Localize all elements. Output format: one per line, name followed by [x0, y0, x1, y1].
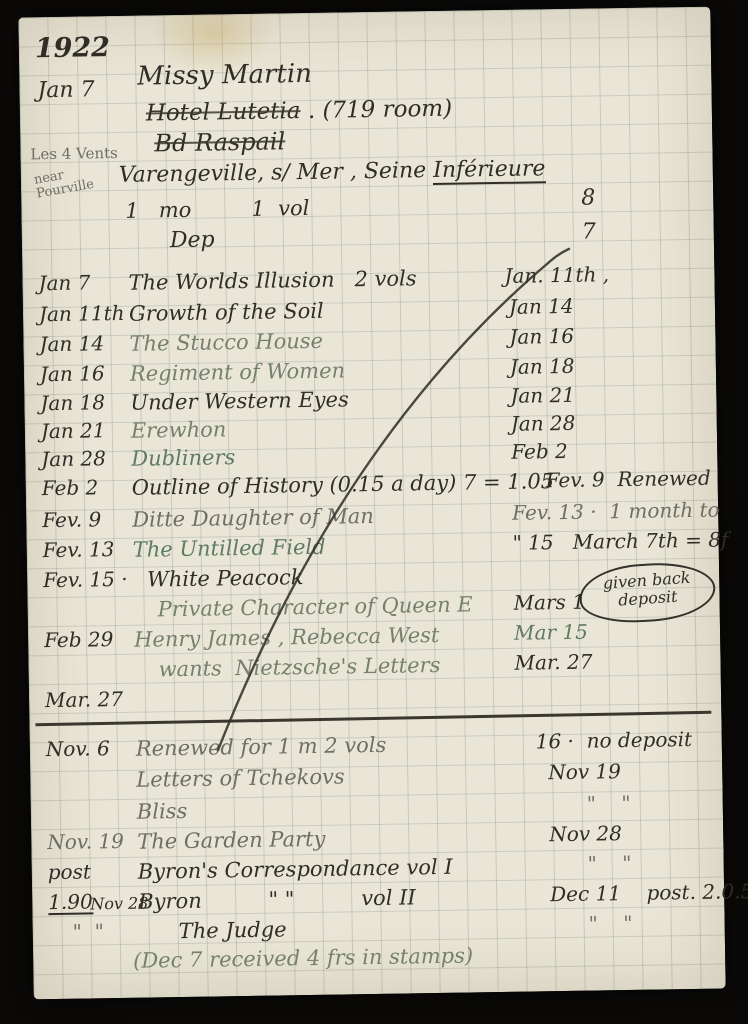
borrow-date: Jan 28 — [41, 448, 106, 470]
return-date: Mar 15 — [514, 622, 588, 644]
book-title: Erewhon — [131, 418, 227, 442]
book-title: The Garden Party — [137, 828, 325, 853]
margin-word-post: post — [48, 861, 91, 883]
return-date: Fev. 13 · 1 month to — [512, 500, 720, 524]
return-ditto: " " — [587, 793, 631, 815]
borrow-date: Jan 21 — [41, 420, 106, 442]
deposit-label: Dep — [170, 228, 215, 252]
issue-date: Jan 7 — [37, 78, 94, 102]
return-date: Nov 19 — [548, 761, 621, 783]
return-date: Mar. 27 — [514, 652, 592, 674]
terms-line: 1 mo 1 vol — [125, 197, 309, 222]
return-date: Nov 28 — [549, 823, 622, 845]
book-title: Byron's Correspondance vol I — [138, 856, 453, 883]
subscription-amount: 8 — [581, 186, 595, 209]
book-title: Outline of History (0.15 a day) 7 = 1.05 — [132, 470, 555, 499]
return-date: Jan. 11th , — [504, 264, 609, 287]
book-title: Ditte Daughter of Man — [132, 505, 374, 531]
book-title: Henry James , Rebecca West — [134, 624, 440, 651]
book-title: Regiment of Women — [130, 359, 345, 384]
return-date: " 15 March 7th = 8f — [512, 529, 728, 553]
address-line-1: Hotel Lutetia . (719 room) — [146, 97, 453, 126]
borrow-date: Jan 11th — [39, 303, 125, 325]
book-title: Renewed for 1 m 2 vols — [136, 734, 387, 760]
borrow-date: Jan 16 — [40, 363, 105, 385]
book-title: Growth of the Soil — [129, 300, 324, 325]
return-date: Feb 2 — [511, 441, 568, 463]
borrow-date: Feb 29 — [44, 629, 114, 651]
borrow-date: Feb 2 — [42, 477, 99, 499]
margin-note-les-4-vents: Les 4 Vents — [30, 146, 118, 163]
book-title: Dubliners — [131, 446, 235, 470]
library-card: 1922 Jan 7 Missy Martin Hotel Lutetia . … — [18, 7, 725, 1000]
book-title: White Peacock — [147, 566, 304, 591]
book-title: Bliss — [137, 800, 188, 823]
borrow-date: Jan 18 — [40, 392, 105, 414]
book-title: Under Western Eyes — [130, 388, 349, 413]
deposit-amount: 7 — [582, 220, 596, 243]
margin-note-near-pourville: nearPourville — [33, 164, 95, 201]
return-date: Jan 14 — [509, 296, 574, 318]
return-ditto: " " — [588, 913, 632, 935]
borrow-date: Fev. 15 · — [43, 569, 128, 591]
book-title: The Stucco House — [129, 330, 323, 355]
borrow-date: Nov. 19 — [47, 831, 124, 853]
address-rest: . (719 room) — [300, 96, 452, 124]
return-ditto: " " — [588, 853, 632, 875]
address-line-2: Bd Raspail — [154, 129, 285, 156]
borrow-ditto: " " — [73, 921, 104, 942]
address3-underlined: Inférieure — [433, 156, 546, 185]
return-note: Dec 11 post. 2.0.5 — [550, 881, 748, 905]
book-title: The Untilled Field — [133, 536, 326, 561]
stamps-note: (Dec 7 received 4 frs in stamps) — [133, 944, 473, 971]
borrow-date: Mar. 27 — [45, 689, 123, 711]
borrow-date: Fev. 9 — [42, 509, 101, 531]
year-label: 1922 — [35, 34, 111, 64]
address-line-3: Varengeville, s/ Mer , Seine Inférieure — [119, 157, 546, 187]
book-title: Letters of Tchekovs — [136, 765, 345, 790]
book-title: Private Character of Queen E — [157, 593, 472, 620]
address3-prefix: Varengeville, s/ Mer , Seine — [119, 158, 434, 188]
photo-background: 1922 Jan 7 Missy Martin Hotel Lutetia . … — [0, 0, 748, 1024]
borrow-date: Jan 7 — [38, 272, 90, 294]
return-date: Jan 28 — [511, 413, 576, 435]
borrower-name: Missy Martin — [137, 61, 312, 91]
amount-note: 1.90 — [48, 891, 93, 915]
book-title: The Judge — [179, 918, 287, 942]
return-date: Jan 18 — [510, 356, 575, 378]
address-struck: Hotel Lutetia — [146, 98, 301, 126]
borrow-date: Nov. 6 — [46, 738, 110, 760]
return-date: Jan 21 — [510, 385, 575, 407]
book-title: Byron " " vol II — [138, 886, 416, 912]
return-note: 16 · no deposit — [536, 729, 693, 752]
borrow-date: Jan 14 — [39, 333, 104, 355]
borrow-date: Fev. 13 — [43, 539, 115, 561]
return-date: Jan 16 — [509, 326, 574, 348]
return-date: Fev. 9 Renewed — [546, 468, 711, 492]
book-title: wants Nietzsche's Letters — [158, 654, 440, 680]
book-title: The Worlds Illusion 2 vols — [128, 267, 416, 294]
return-date: Mars 1 — [513, 592, 585, 614]
